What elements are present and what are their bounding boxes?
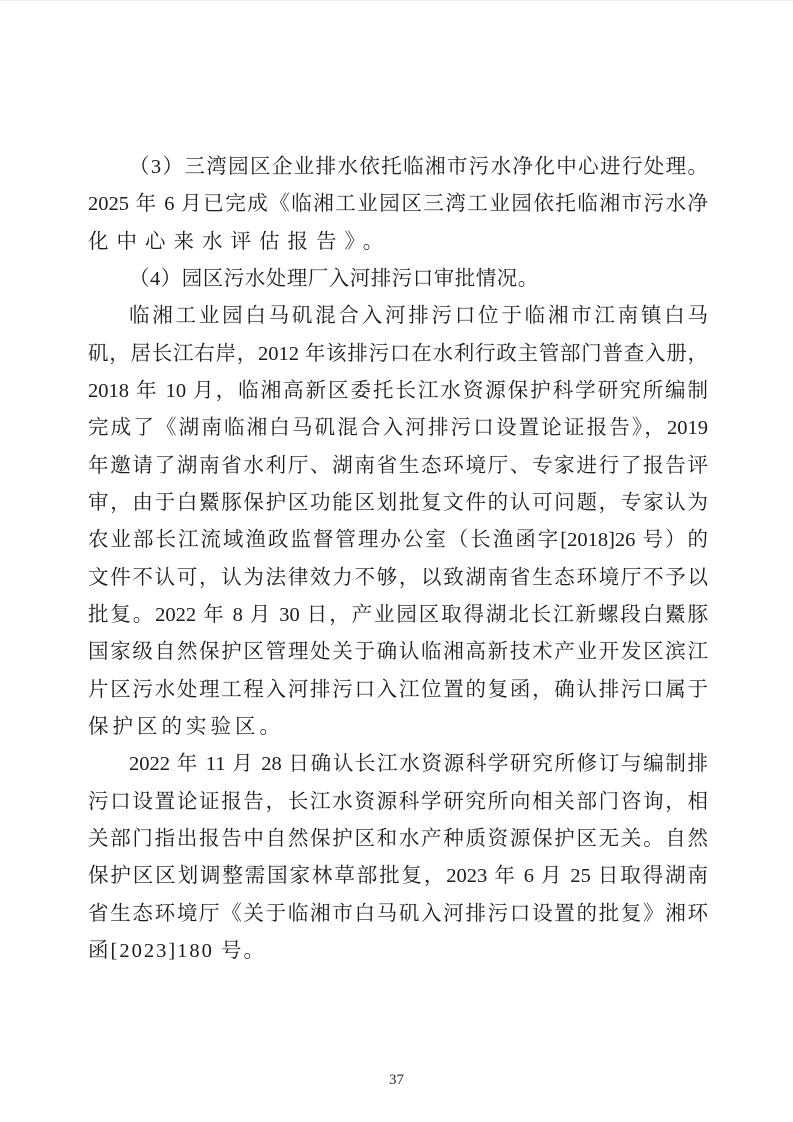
text-line: 国家级自然保护区管理处关于确认临湘高新技术产业开发区滨江 [88, 634, 708, 671]
text-line: 2018 年 10 月，临湘高新区委托长江水资源保护科学研究所编制 [88, 373, 708, 410]
document-page: （3）三湾园区企业排水依托临湘市污水净化中心进行处理。2025 年 6 月已完成… [0, 0, 793, 1122]
text-line: 审，由于白鱀豚保护区功能区划批复文件的认可问题，专家认为 [88, 485, 708, 522]
text-line: 完成了《湖南临湘白马矶混合入河排污口设置论证报告》，2019 [88, 410, 708, 447]
document-body: （3）三湾园区企业排水依托临湘市污水净化中心进行处理。2025 年 6 月已完成… [88, 149, 708, 970]
page-number: 37 [0, 1071, 793, 1089]
text-line: 化中心来水评估报告》。 [88, 224, 708, 261]
text-line: （3）三湾园区企业排水依托临湘市污水净化中心进行处理。 [88, 149, 708, 186]
text-line: 矶，居长江右岸，2012 年该排污口在水利行政主管部门普查入册， [88, 336, 708, 373]
text-line: 保护区区划调整需国家林草部批复，2023 年 6 月 25 日取得湖南 [88, 858, 708, 895]
text-line: 文件不认可，认为法律效力不够，以致湖南省生态环境厅不予以 [88, 560, 708, 597]
text-line: 关部门指出报告中自然保护区和水产种质资源保护区无关。自然 [88, 821, 708, 858]
page-top-edge [0, 0, 793, 1]
text-line: 2025 年 6 月已完成《临湘工业园区三湾工业园依托临湘市污水净 [88, 186, 708, 223]
text-line: 片区污水处理工程入河排污口入江位置的复函，确认排污口属于 [88, 672, 708, 709]
text-line: 批复。2022 年 8 月 30 日，产业园区取得湖北长江新螺段白鱀豚 [88, 597, 708, 634]
text-line: 保护区的实验区。 [88, 709, 708, 746]
text-line: （4）园区污水处理厂入河排污口审批情况。 [88, 261, 708, 298]
text-line: 农业部长江流域渔政监督管理办公室（长渔函字[2018]26 号）的 [88, 522, 708, 559]
text-line: 年邀请了湖南省水利厅、湖南省生态环境厅、专家进行了报告评 [88, 448, 708, 485]
text-line: 污口设置论证报告，长江水资源科学研究所向相关部门咨询，相 [88, 784, 708, 821]
text-line: 省生态环境厅《关于临湘市白马矶入河排污口设置的批复》湘环 [88, 896, 708, 933]
text-line: 函[2023]180 号。 [88, 933, 708, 970]
text-line: 2022 年 11 月 28 日确认长江水资源科学研究所修订与编制排 [88, 746, 708, 783]
text-line: 临湘工业园白马矶混合入河排污口位于临湘市江南镇白马 [88, 298, 708, 335]
